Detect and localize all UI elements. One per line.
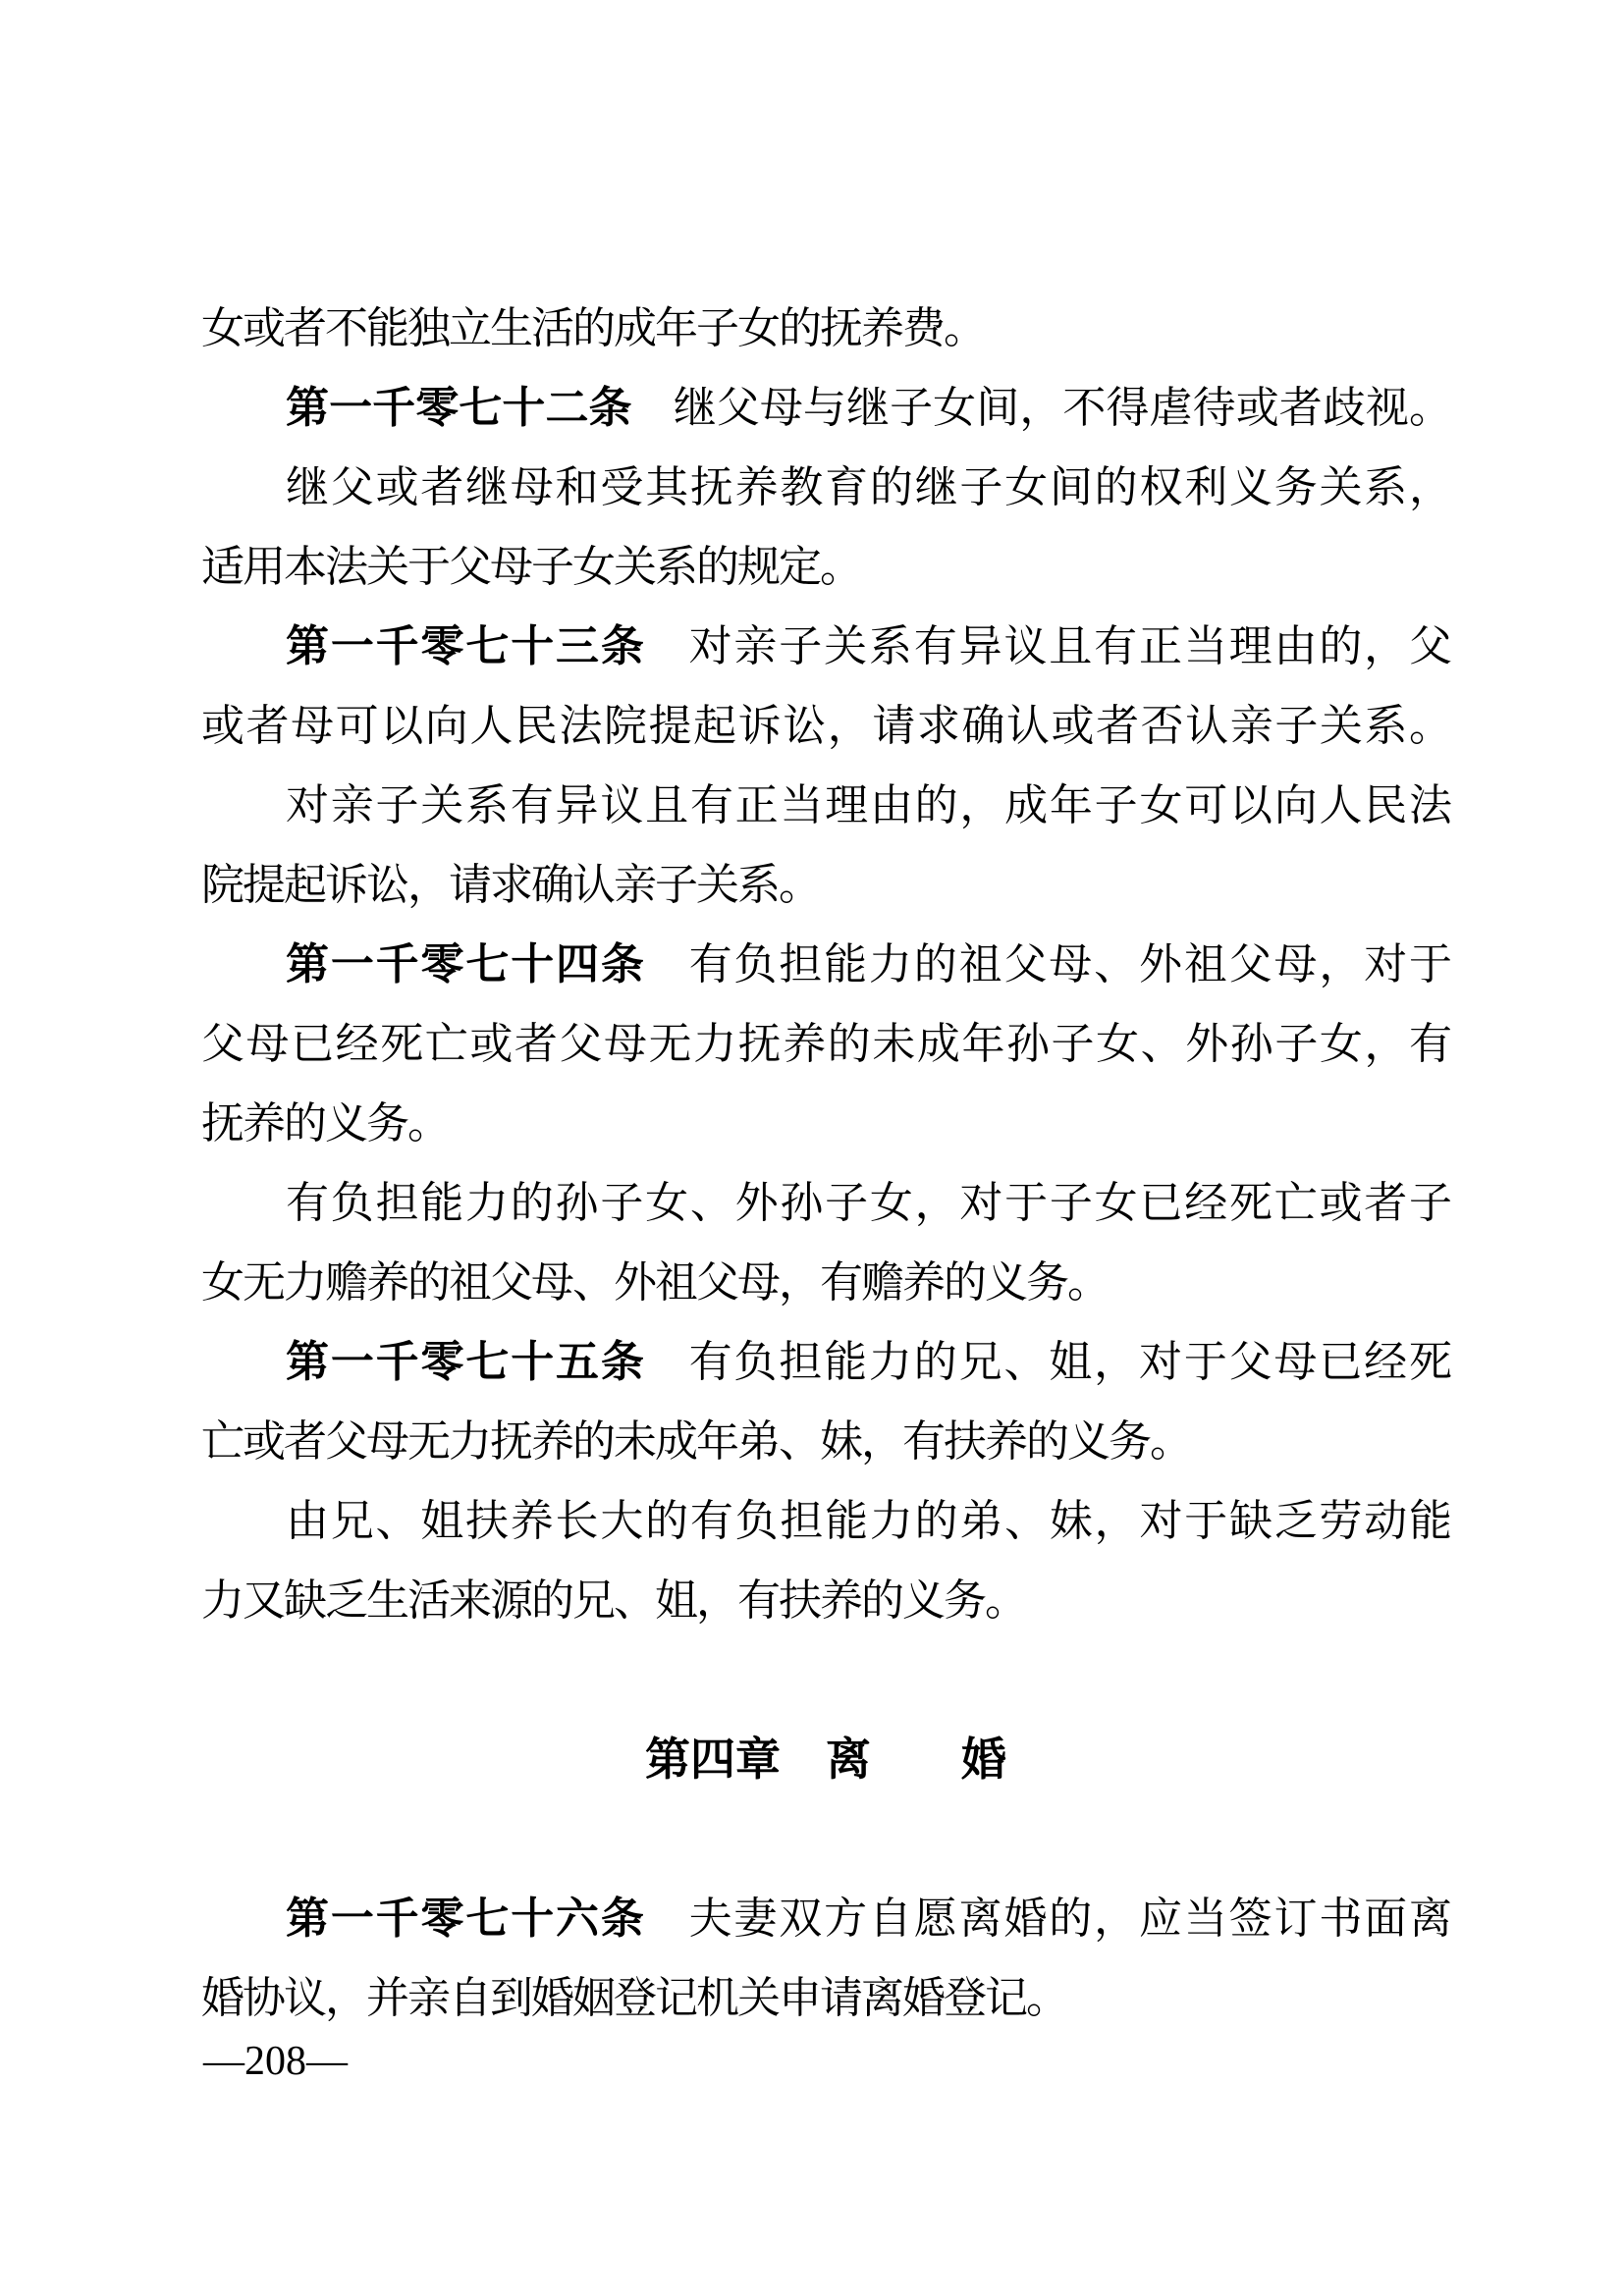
body-line: 父母已经死亡或者父母无力抚养的未成年孙子女、外孙子女，有 [201, 1004, 1450, 1084]
text-block: 女或者不能独立生活的成年子女的抚养费。第一千零七十二条继父母与继子女间，不得虐待… [201, 289, 1450, 2038]
article-number: 第一千零七十三条 [286, 622, 646, 670]
body-line: 由兄、姐扶养长大的有负担能力的弟、妹，对于缺乏劳动能 [201, 1481, 1450, 1561]
body-line: 第一千零七十三条对亲子关系有异议且有正当理由的，父 [201, 607, 1450, 686]
body-line: 第一千零七十二条继父母与继子女间，不得虐待或者歧视。 [201, 368, 1450, 448]
body-line: 第一千零七十四条有负担能力的祖父母、外祖父母，对于 [201, 925, 1450, 1004]
article-number: 第一千零七十四条 [286, 940, 646, 988]
body-line: 有负担能力的孙子女、外孙子女，对于子女已经死亡或者子 [201, 1163, 1450, 1243]
article-text: 对亲子关系有异议且有正当理由的，父 [685, 622, 1450, 670]
body-line: 亡或者父母无力抚养的未成年弟、妹，有扶养的义务。 [201, 1402, 1450, 1481]
page-number: —208— [203, 2032, 348, 2091]
body-line: 婚协议，并亲自到婚姻登记机关申请离婚登记。 [201, 1958, 1450, 2038]
article-number: 第一千零七十五条 [286, 1338, 646, 1386]
blank-line [201, 1640, 1450, 1720]
body-line: 女或者不能独立生活的成年子女的抚养费。 [201, 289, 1450, 368]
body-line: 院提起诉讼，请求确认亲子关系。 [201, 845, 1450, 925]
body-line: 对亲子关系有异议且有正当理由的，成年子女可以向人民法 [201, 766, 1450, 845]
body-line: 适用本法关于父母子女关系的规定。 [201, 527, 1450, 607]
body-line: 女无力赡养的祖父母、外祖父母，有赡养的义务。 [201, 1243, 1450, 1322]
article-text: 有负担能力的兄、姐，对于父母已经死 [685, 1338, 1450, 1386]
chapter-heading: 第四章 离 婚 [201, 1720, 1450, 1799]
body-line: 第一千零七十五条有负担能力的兄、姐，对于父母已经死 [201, 1322, 1450, 1402]
article-text: 有负担能力的祖父母、外祖父母，对于 [685, 940, 1450, 988]
article-text: 继父母与继子女间，不得虐待或者歧视。 [672, 384, 1450, 432]
blank-line [201, 1799, 1450, 1879]
document-page: 女或者不能独立生活的成年子女的抚养费。第一千零七十二条继父母与继子女间，不得虐待… [0, 0, 1624, 2296]
body-line: 第一千零七十六条夫妻双方自愿离婚的，应当签订书面离 [201, 1879, 1450, 1958]
body-line: 力又缺乏生活来源的兄、姐，有扶养的义务。 [201, 1561, 1450, 1640]
article-text: 夫妻双方自愿离婚的，应当签订书面离 [685, 1895, 1450, 1943]
article-number: 第一千零七十二条 [286, 384, 632, 432]
body-line: 继父或者继母和受其抚养教育的继子女间的权利义务关系， [201, 448, 1450, 527]
body-line: 或者母可以向人民法院提起诉讼，请求确认或者否认亲子关系。 [201, 686, 1450, 766]
article-number: 第一千零七十六条 [286, 1895, 646, 1943]
body-line: 抚养的义务。 [201, 1084, 1450, 1163]
